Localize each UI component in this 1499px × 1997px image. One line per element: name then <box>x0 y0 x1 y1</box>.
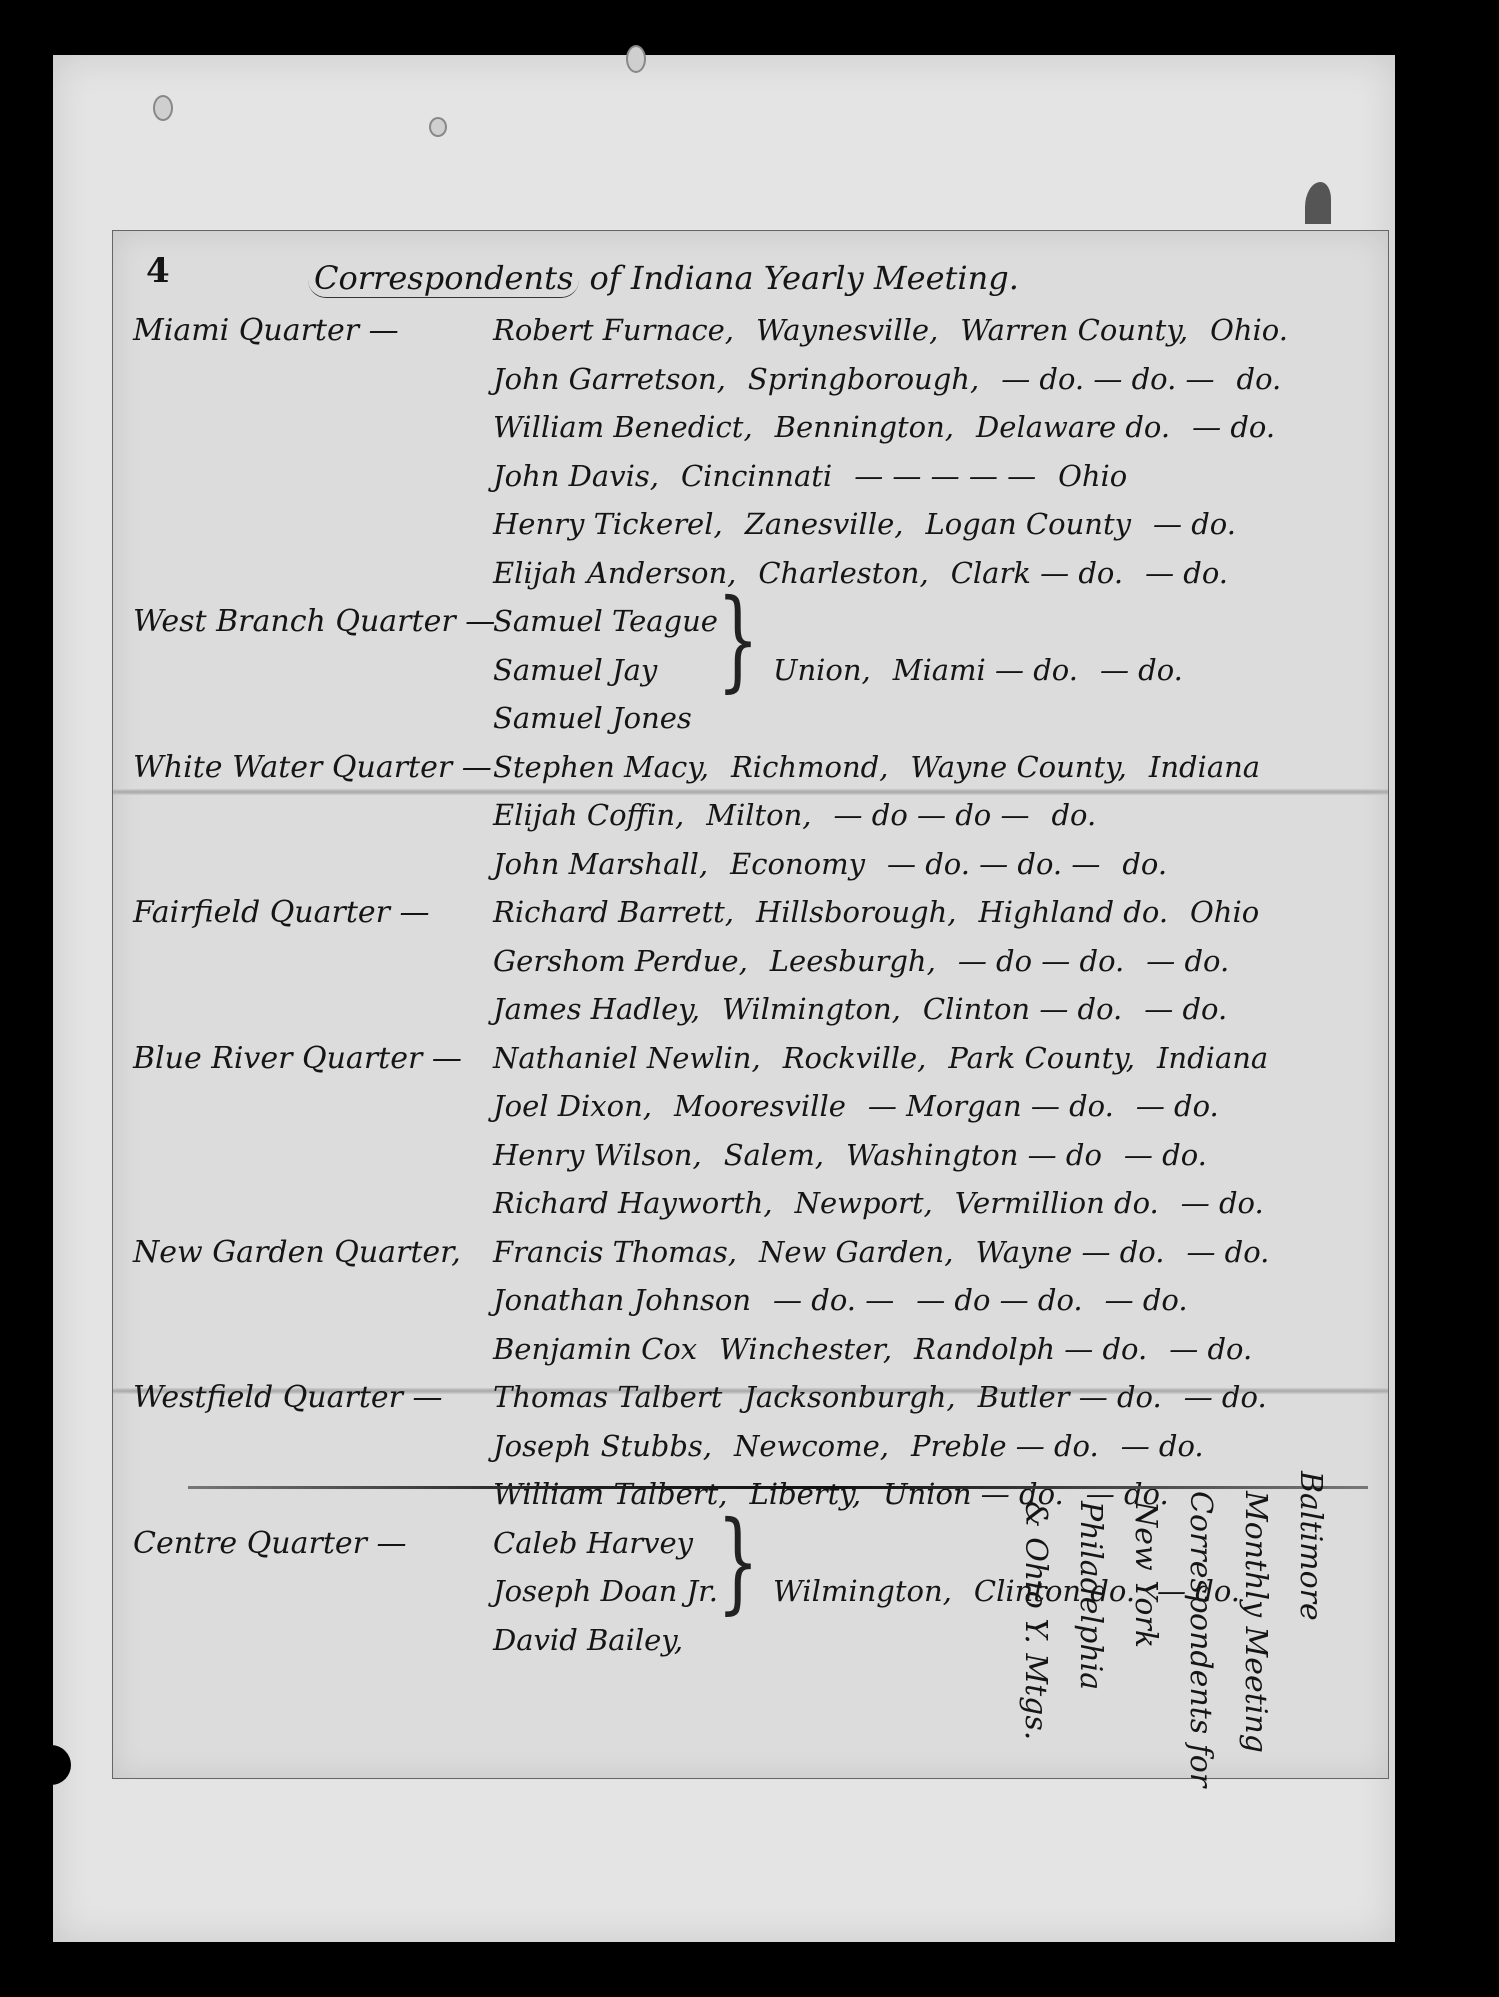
quarter-label: New Garden Quarter, <box>133 1235 461 1270</box>
correspondent-name: Joel Dixon, <box>493 1089 652 1123</box>
correspondent-name: William Talbert, <box>493 1477 728 1511</box>
correspondent-row: Jonathan Johnson— do. —— do — do.— do. <box>493 1283 1210 1317</box>
correspondent-place: Hillsborough, <box>756 895 956 929</box>
correspondent-county: — do — do — <box>834 798 1030 832</box>
correspondent-name: Nathaniel Newlin, <box>493 1041 761 1075</box>
correspondent-row: Samuel Jay <box>493 653 679 687</box>
quarter-label: Miami Quarter — <box>133 313 399 348</box>
correspondent-state: Indiana <box>1149 750 1260 784</box>
correspondent-name: Caleb Harvey <box>493 1526 693 1560</box>
correspondent-state: Ohio <box>1190 895 1259 929</box>
correspondent-name: Henry Tickerel, <box>493 507 723 541</box>
correspondent-place: — do. — <box>773 1283 894 1317</box>
correspondent-place: Newport, <box>795 1186 933 1220</box>
correspondent-place: Milton, <box>706 798 811 832</box>
quarter-label: White Water Quarter — <box>133 750 492 785</box>
correspondent-row: Henry Wilson,Salem,Washington — do— do. <box>493 1138 1229 1172</box>
correspondent-county: — do — do. <box>958 944 1124 978</box>
correspondent-state: Ohio <box>1058 459 1127 493</box>
correspondent-county: Randolph — do. <box>914 1332 1147 1366</box>
closing-rule <box>188 1486 1368 1489</box>
correspondent-county: Clark — do. <box>951 556 1123 590</box>
correspondent-name: Joseph Stubbs, <box>493 1429 712 1463</box>
correspondent-row: John Davis,Cincinnati— — — — —Ohio <box>493 459 1149 493</box>
correspondent-county: — do. — do. — <box>1001 362 1214 396</box>
quarter-label: West Branch Quarter — <box>133 604 495 639</box>
correspondent-name: Gershom Perdue, <box>493 944 748 978</box>
correspondent-place: Richmond, <box>731 750 888 784</box>
correspondent-county: Highland do. <box>978 895 1168 929</box>
correspondent-row: Richard Hayworth,Newport,Vermillion do.—… <box>493 1186 1286 1220</box>
correspondent-place: Wilmington, <box>722 992 901 1026</box>
correspondent-row: Caleb Harvey <box>493 1526 715 1560</box>
correspondent-state: — do. <box>1145 556 1228 590</box>
correspondent-county: Logan County <box>925 507 1131 541</box>
correspondent-place: Economy <box>730 847 865 881</box>
correspondent-name: John Davis, <box>493 459 659 493</box>
paper-tear <box>1305 182 1331 224</box>
fold-line <box>113 789 1388 795</box>
correspondent-name: Samuel Jones <box>493 701 692 735</box>
correspondent-row: Francis Thomas,New Garden,Wayne — do.— d… <box>493 1235 1291 1269</box>
correspondent-place: Springborough, <box>748 362 979 396</box>
correspondent-name: Samuel Teague <box>493 604 718 638</box>
correspondent-row: John Marshall,Economy— do. — do. —do. <box>493 847 1189 881</box>
correspondent-county: Vermillion do. <box>955 1186 1159 1220</box>
correspondent-name: Henry Wilson, <box>493 1138 702 1172</box>
correspondent-state: — do. <box>1181 1186 1264 1220</box>
correspondent-name: Thomas Talbert <box>493 1380 722 1414</box>
correspondent-county: Butler — do. <box>978 1380 1162 1414</box>
correspondent-place: Zanesville, <box>745 507 904 541</box>
correspondent-name: William Benedict, <box>493 410 753 444</box>
correspondent-state: — do. <box>1121 1429 1204 1463</box>
title-rest: of Indiana Yearly Meeting. <box>590 259 1019 297</box>
correspondent-state: — do. <box>1144 992 1227 1026</box>
correspondent-state: do. <box>1237 362 1282 396</box>
correspondent-row: Stephen Macy,Richmond,Wayne County,India… <box>493 750 1282 784</box>
correspondent-place: Jacksonburgh, <box>744 1380 955 1414</box>
correspondent-name: David Bailey, <box>493 1623 683 1657</box>
correspondent-row: Elijah Coffin,Milton,— do — do —do. <box>493 798 1118 832</box>
correspondent-place: Rockville, <box>783 1041 927 1075</box>
correspondent-row: Benjamin CoxWinchester,Randolph — do.— d… <box>493 1332 1274 1366</box>
correspondent-place: New Garden, <box>759 1235 954 1269</box>
group-county: Miami — do. <box>893 653 1078 687</box>
correspondent-place: Leesburgh, <box>770 944 936 978</box>
correspondent-county: — do — do. <box>916 1283 1082 1317</box>
correspondent-row: Samuel Teague <box>493 604 740 638</box>
correspondent-name: James Hadley, <box>493 992 700 1026</box>
docket-line: New York <box>1128 1501 1163 1648</box>
ink-spot <box>429 117 447 137</box>
correspondent-state: do. <box>1051 798 1096 832</box>
correspondent-row: Joel Dixon,Mooresville— Morgan — do.— do… <box>493 1089 1241 1123</box>
correspondent-name: Richard Hayworth, <box>493 1186 773 1220</box>
quarter-label: Blue River Quarter — <box>133 1041 462 1076</box>
correspondent-name: John Marshall, <box>493 847 708 881</box>
correspondent-row: Richard Barrett,Hillsborough,Highland do… <box>493 895 1281 929</box>
correspondent-state: — do. <box>1105 1283 1188 1317</box>
correspondent-county: Preble — do. <box>911 1429 1099 1463</box>
document-sheet: 4 Correspondents of Indiana Yearly Meeti… <box>112 230 1389 1779</box>
correspondent-name: Joseph Doan Jr. <box>493 1574 718 1608</box>
correspondent-place: Winchester, <box>719 1332 892 1366</box>
group-location: Union,Miami — do.— do. <box>773 653 1205 687</box>
correspondent-place: Mooresville <box>674 1089 846 1123</box>
correspondent-name: John Garretson, <box>493 362 726 396</box>
correspondent-state: Indiana <box>1157 1041 1268 1075</box>
correspondent-place: Waynesville, <box>756 313 938 347</box>
correspondent-county: — Morgan — do. <box>868 1089 1114 1123</box>
correspondent-name: Samuel Jay <box>493 653 657 687</box>
correspondent-name: Elijah Anderson, <box>493 556 736 590</box>
correspondent-row: Joseph Doan Jr. <box>493 1574 740 1608</box>
correspondent-name: Stephen Macy, <box>493 750 709 784</box>
correspondent-name: Elijah Coffin, <box>493 798 684 832</box>
docket-line: & Ohio Y. Mtgs. <box>1018 1501 1053 1740</box>
correspondent-state: — do. <box>1186 1235 1269 1269</box>
correspondent-county: Wayne County, <box>910 750 1126 784</box>
ink-spot <box>153 95 173 121</box>
ink-spot <box>626 45 646 73</box>
correspondent-row: Nathaniel Newlin,Rockville,Park County,I… <box>493 1041 1290 1075</box>
correspondent-row: Elijah Anderson,Charleston,Clark — do.— … <box>493 556 1250 590</box>
correspondent-state: do. <box>1122 847 1167 881</box>
page-title: Correspondents of Indiana Yearly Meeting… <box>308 259 1019 297</box>
correspondent-name: Benjamin Cox <box>493 1332 697 1366</box>
correspondent-row: John Garretson,Springborough,— do. — do.… <box>493 362 1303 396</box>
correspondent-place: Charleston, <box>758 556 928 590</box>
quarter-label: Westfield Quarter — <box>133 1380 443 1415</box>
correspondent-county: Clinton — do. <box>923 992 1122 1026</box>
docket-line: Monthly Meeting <box>1238 1491 1273 1753</box>
correspondent-place: Cincinnati <box>681 459 832 493</box>
docket-endorsement: Baltimore Monthly Meeting Correspondents… <box>983 1501 1343 1781</box>
title-underlined: Correspondents <box>308 259 579 298</box>
correspondent-county: — do. — do. — <box>887 847 1100 881</box>
correspondent-state: — do. <box>1136 1089 1219 1123</box>
correspondent-county: — — — — — <box>854 459 1036 493</box>
correspondent-row: Thomas TalbertJacksonburgh,Butler — do.—… <box>493 1380 1289 1414</box>
correspondent-state: Ohio. <box>1210 313 1288 347</box>
correspondent-name: Robert Furnace, <box>493 313 734 347</box>
correspondent-state: — do. <box>1169 1332 1252 1366</box>
correspondent-county: Park County, <box>948 1041 1135 1075</box>
correspondent-place: Liberty, <box>750 1477 862 1511</box>
page-number: 4 <box>146 251 170 291</box>
correspondent-row: Joseph Stubbs,Newcome,Preble — do.— do. <box>493 1429 1226 1463</box>
docket-line: Baltimore <box>1293 1471 1328 1621</box>
docket-line: Correspondents for <box>1183 1491 1218 1787</box>
paper-notch <box>49 1745 71 1785</box>
correspondent-county: Washington — do <box>846 1138 1102 1172</box>
group-place: Wilmington, <box>773 1574 952 1608</box>
quarter-label: Fairfield Quarter — <box>133 895 430 930</box>
correspondent-place: Newcome, <box>734 1429 889 1463</box>
correspondent-row: Gershom Perdue,Leesburgh,— do — do.— do. <box>493 944 1251 978</box>
correspondent-state: — do. <box>1124 1138 1207 1172</box>
correspondent-row: Samuel Jones <box>493 701 714 735</box>
correspondent-county: Wayne — do. <box>975 1235 1164 1269</box>
correspondent-state: — do. <box>1153 507 1236 541</box>
correspondent-state: — do. <box>1184 1380 1267 1414</box>
grouping-brace: } <box>717 584 759 694</box>
correspondent-row: David Bailey, <box>493 1623 705 1657</box>
correspondent-state: — do. <box>1146 944 1229 978</box>
correspondent-row: William Benedict,Bennington,Delaware do.… <box>493 410 1297 444</box>
quarter-label: Centre Quarter — <box>133 1526 407 1561</box>
grouping-brace: } <box>717 1506 759 1616</box>
correspondent-state: — do. <box>1192 410 1275 444</box>
correspondent-row: Robert Furnace,Waynesville,Warren County… <box>493 313 1310 347</box>
docket-line: Philadelphia <box>1073 1501 1108 1690</box>
correspondent-county: Warren County, <box>960 313 1188 347</box>
correspondent-row: James Hadley,Wilmington,Clinton — do.— d… <box>493 992 1249 1026</box>
correspondent-place: Salem, <box>724 1138 824 1172</box>
group-place: Union, <box>773 653 871 687</box>
group-state: — do. <box>1100 653 1183 687</box>
correspondent-name: Francis Thomas, <box>493 1235 737 1269</box>
correspondent-place: Bennington, <box>775 410 954 444</box>
correspondent-name: Jonathan Johnson <box>493 1283 751 1317</box>
correspondent-county: Delaware do. <box>976 410 1170 444</box>
correspondent-name: Richard Barrett, <box>493 895 734 929</box>
correspondent-row: Henry Tickerel,Zanesville,Logan County— … <box>493 507 1258 541</box>
